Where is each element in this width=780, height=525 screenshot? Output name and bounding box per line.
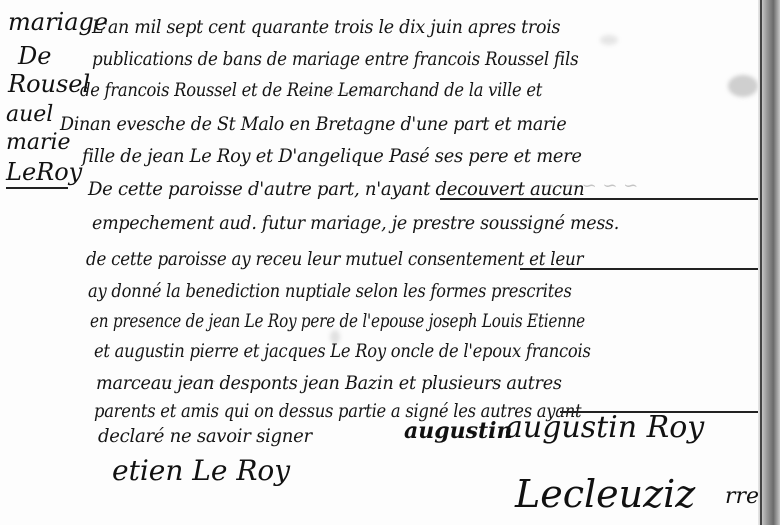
- margin-note-line: auel: [6, 102, 53, 127]
- margin-note-line: Rousel: [8, 70, 90, 98]
- body-line: L'an mil sept cent quarante trois le dix…: [92, 16, 560, 38]
- signature-paraph: rre: [725, 484, 759, 509]
- body-line: marceau jean desponts jean Bazin et plus…: [96, 372, 562, 394]
- body-line: empechement aud. futur mariage, je prest…: [92, 212, 619, 234]
- margin-underline: [6, 187, 68, 189]
- body-line: de cette paroisse ay receu leur mutuel c…: [86, 248, 583, 270]
- body-line: declaré ne savoir signer: [98, 425, 312, 447]
- body-line: publications de bans de mariage entre fr…: [92, 48, 578, 70]
- body-line: et augustin pierre et jacques Le Roy onc…: [94, 340, 591, 362]
- margin-note-line: LeRoy: [6, 158, 82, 186]
- margin-note-line: De: [18, 42, 51, 70]
- ink-stain: [728, 75, 758, 97]
- body-line: Dinan evesche de St Malo en Bretagne d'u…: [60, 113, 566, 135]
- signature-augustin-roy: augustin Roy: [505, 410, 704, 445]
- body-underline: [440, 198, 770, 200]
- signature-augustin: augustin: [404, 418, 513, 444]
- page-edge-line: [760, 0, 762, 525]
- body-line: en presence de jean Le Roy pere de l'epo…: [90, 310, 585, 332]
- body-underline: [520, 268, 770, 270]
- body-line: De cette paroisse d'autre part, n'ayant …: [88, 178, 584, 200]
- body-line: fille de jean Le Roy et D'angelique Pasé…: [82, 145, 582, 167]
- body-line: de francois Roussel et de Reine Lemarcha…: [80, 79, 542, 101]
- signature-etien-le-roy: etien Le Roy: [112, 454, 290, 487]
- document-page: ~ ~ ~ ~ ~ ~ ~ ~ ~ ~ ~ ~ mariage De Rouse…: [0, 0, 780, 525]
- ink-stain: [600, 35, 618, 45]
- signature-lecleuziz: Lecleuziz: [515, 472, 695, 516]
- body-line: ay donné la benediction nuptiale selon l…: [88, 280, 572, 302]
